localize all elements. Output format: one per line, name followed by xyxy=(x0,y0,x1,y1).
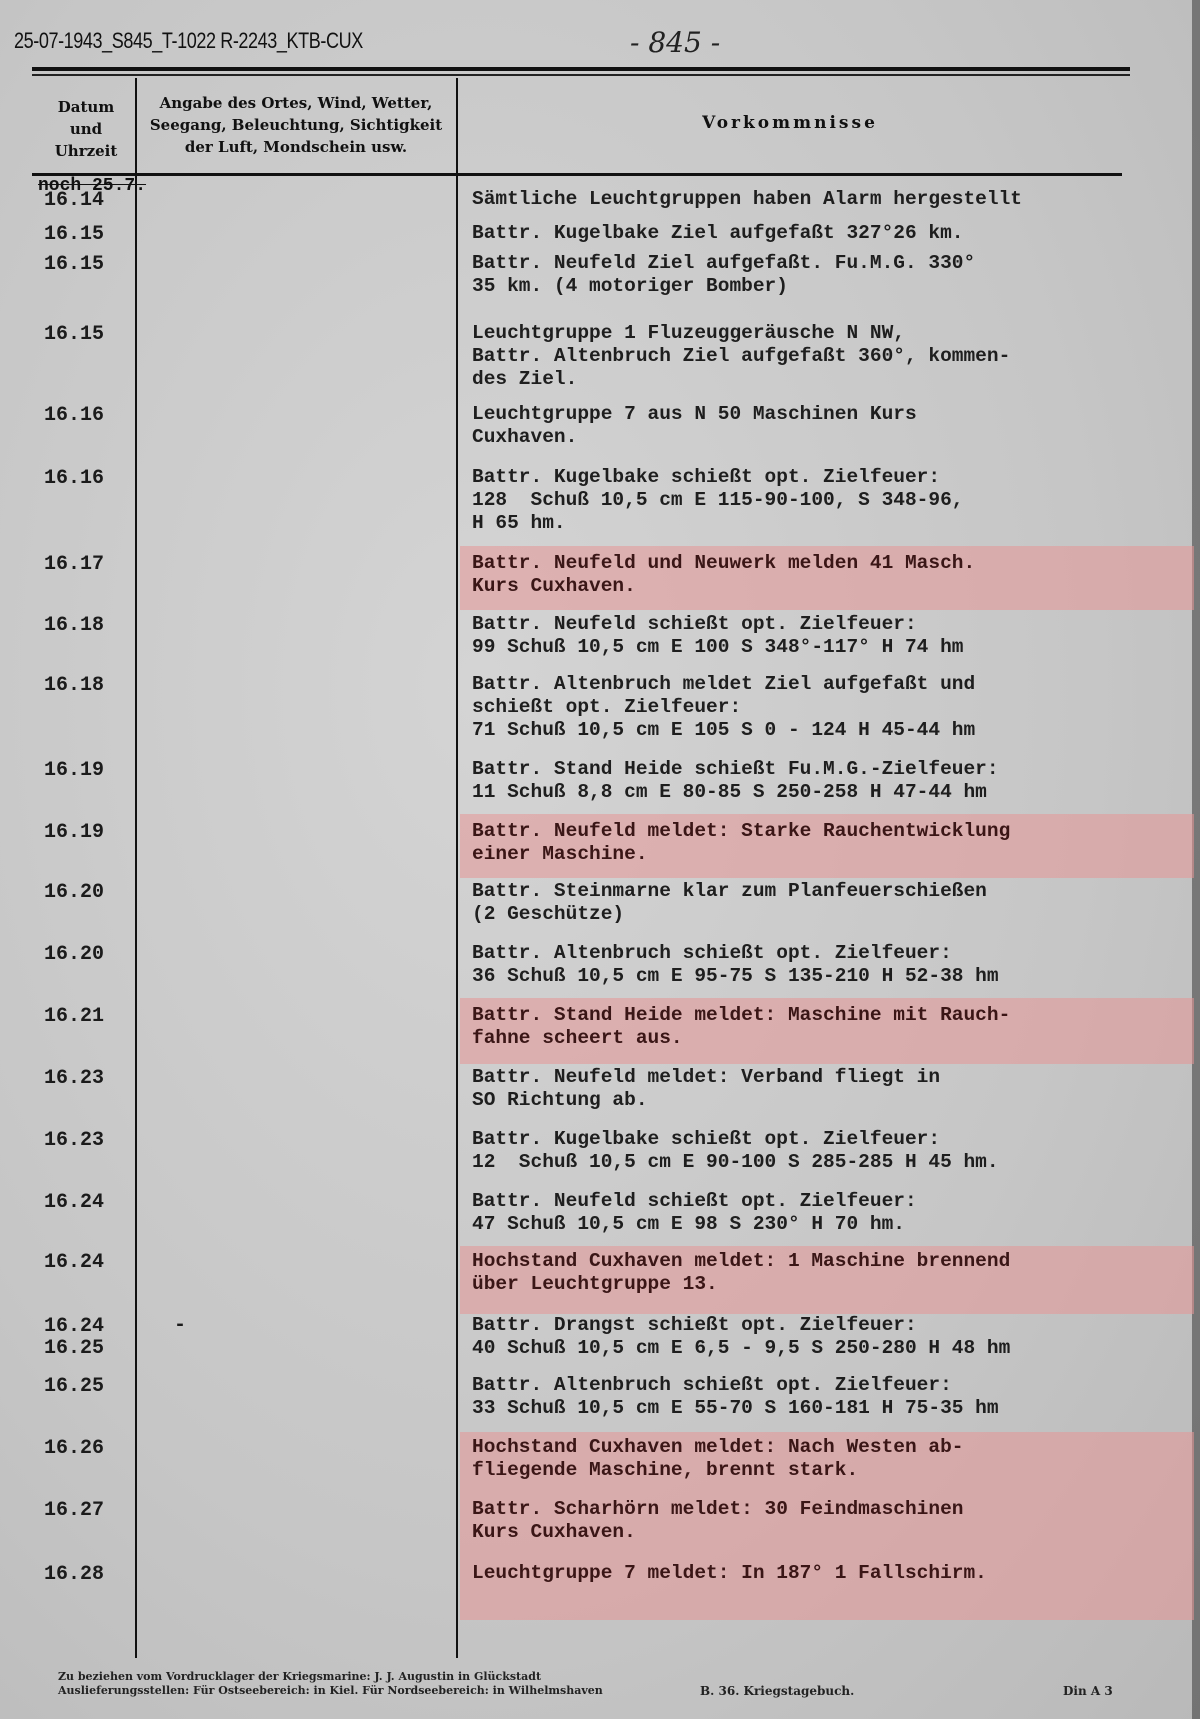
header-datum: Datum und Uhrzeit xyxy=(40,96,132,162)
entry-text: Battr. Neufeld meldet: Starke Rauchentwi… xyxy=(472,820,1190,866)
entry-time: 16.15 xyxy=(44,224,124,246)
entry-text: Battr. Scharhörn meldet: 30 Feindmaschin… xyxy=(472,1498,1190,1544)
entry-time: 16.18 xyxy=(44,675,124,697)
entry-time: 16.28 xyxy=(44,1564,124,1586)
entry-text: Battr. Kugelbake schießt opt. Zielfeuer:… xyxy=(472,1128,1190,1174)
entry-text: Battr. Stand Heide schießt Fu.M.G.-Zielf… xyxy=(472,758,1190,804)
document-id-label: 25-07-1943_S845_T-1022 R-2243_KTB-CUX xyxy=(14,28,363,54)
footer-paper-size: Din A 3 xyxy=(1063,1684,1113,1698)
entry-time: 16.24 16.25 xyxy=(44,1316,124,1360)
entry-text: Battr. Altenbruch schießt opt. Zielfeuer… xyxy=(472,942,1190,988)
footer-form-number: B. 36. Kriegstagebuch. xyxy=(700,1684,854,1698)
entry-text: Sämtliche Leuchtgruppen haben Alarm herg… xyxy=(472,188,1190,211)
entry-text: Battr. Altenbruch schießt opt. Zielfeuer… xyxy=(472,1374,1190,1420)
top-rule-thin xyxy=(32,74,1130,76)
header-vorkommnisse: Vorkommnisse xyxy=(460,112,1120,134)
scanned-page: 25-07-1943_S845_T-1022 R-2243_KTB-CUX - … xyxy=(0,0,1200,1719)
entry-text: Battr. Neufeld Ziel aufgefaßt. Fu.M.G. 3… xyxy=(472,252,1190,298)
entry-time: 16.20 xyxy=(44,882,124,904)
header-datum-line: Datum xyxy=(40,96,132,118)
header-angabe: Angabe des Ortes, Wind, Wetter, Seegang,… xyxy=(140,92,452,158)
entry-text: Battr. Kugelbake Ziel aufgefaßt 327°26 k… xyxy=(472,222,1190,245)
header-angabe-line: Seegang, Beleuchtung, Sichtigkeit xyxy=(140,114,452,136)
entry-text: Leuchtgruppe 7 aus N 50 Maschinen Kurs C… xyxy=(472,403,1190,449)
entry-text: Battr. Neufeld schießt opt. Zielfeuer: 4… xyxy=(472,1190,1190,1236)
entry-time: 16.26 xyxy=(44,1438,124,1460)
footer-supplier: Zu beziehen vom Vordrucklager der Kriegs… xyxy=(58,1670,603,1698)
page-number: - 845 - xyxy=(630,26,720,59)
entry-time: 16.23 xyxy=(44,1068,124,1090)
header-angabe-line: Angabe des Ortes, Wind, Wetter, xyxy=(140,92,452,114)
footer-line: Zu beziehen vom Vordrucklager der Kriegs… xyxy=(58,1670,603,1684)
entry-text: Battr. Neufeld schießt opt. Zielfeuer: 9… xyxy=(472,613,1190,659)
entry-time: 16.21 xyxy=(44,1006,124,1028)
entry-text: Battr. Kugelbake schießt opt. Zielfeuer:… xyxy=(472,466,1190,535)
entry-text: Leuchtgruppe 1 Fluzeuggeräusche N NW, Ba… xyxy=(472,322,1190,391)
entry-time: 16.18 xyxy=(44,615,124,637)
header-angabe-line: der Luft, Mondschein usw. xyxy=(140,136,452,158)
entry-time: 16.25 xyxy=(44,1376,124,1398)
column-divider-2 xyxy=(456,78,458,1658)
entry-time: 16.15 xyxy=(44,324,124,346)
entry-time: 16.24 xyxy=(44,1192,124,1214)
entry-time: 16.27 xyxy=(44,1500,124,1522)
entry-time: 16.19 xyxy=(44,760,124,782)
top-rule xyxy=(32,67,1130,71)
entry-time: 16.24 xyxy=(44,1252,124,1274)
entry-time: 16.16 xyxy=(44,468,124,490)
entry-time: 16.17 xyxy=(44,554,124,576)
entry-text: Leuchtgruppe 7 meldet: In 187° 1 Fallsch… xyxy=(472,1562,1190,1585)
header-bottom-rule xyxy=(32,173,1122,176)
entry-text: Battr. Neufeld meldet: Verband fliegt in… xyxy=(472,1066,1190,1112)
column-divider-1 xyxy=(135,78,137,1658)
entry-text: Hochstand Cuxhaven meldet: Nach Westen a… xyxy=(472,1436,1190,1482)
entry-text: Hochstand Cuxhaven meldet: 1 Maschine br… xyxy=(472,1250,1190,1296)
header-datum-line: und xyxy=(40,118,132,140)
entry-text: Battr. Altenbruch meldet Ziel aufgefaßt … xyxy=(472,673,1190,742)
entry-time: 16.14 xyxy=(44,190,124,212)
entry-time: 16.20 xyxy=(44,944,124,966)
entry-time: 16.16 xyxy=(44,405,124,427)
header-datum-line: Uhrzeit xyxy=(40,140,132,162)
entry-text: Battr. Neufeld und Neuwerk melden 41 Mas… xyxy=(472,552,1190,598)
entry-text: Battr. Drangst schießt opt. Zielfeuer: 4… xyxy=(472,1314,1190,1360)
entry-mark: - xyxy=(174,1314,186,1337)
footer-line: Auslieferungsstellen: Für Ostseebereich:… xyxy=(58,1684,603,1698)
entry-time: 16.23 xyxy=(44,1130,124,1152)
entry-time: 16.19 xyxy=(44,822,124,844)
entry-text: Battr. Steinmarne klar zum Planfeuerschi… xyxy=(472,880,1190,926)
entry-time: 16.15 xyxy=(44,254,124,276)
entry-text: Battr. Stand Heide meldet: Maschine mit … xyxy=(472,1004,1190,1050)
